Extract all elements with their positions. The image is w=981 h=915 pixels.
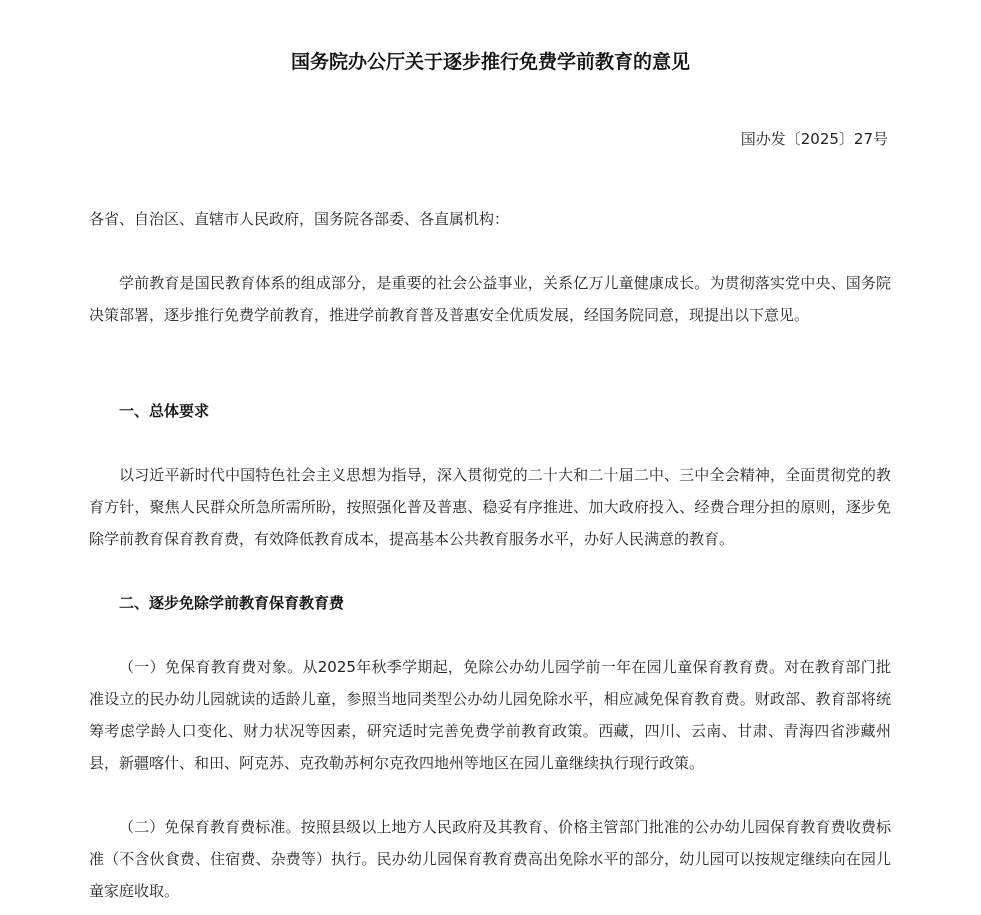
section-heading-1: 一、总体要求 [89,395,891,427]
section-1-paragraph-1: 以习近平新时代中国特色社会主义思想为指导，深入贯彻党的二十大和二十届二中、三中全… [89,459,891,555]
intro-paragraph: 学前教育是国民教育体系的组成部分，是重要的社会公益事业，关系亿万儿童健康成长。为… [89,267,891,331]
section-heading-2: 二、逐步免除学前教育保育教育费 [89,587,891,619]
section-2-paragraph-1: （一）免保育教育费对象。从2025年秋季学期起，免除公办幼儿园学前一年在园儿童保… [89,651,891,779]
document-title: 国务院办公厅关于逐步推行免费学前教育的意见 [0,48,981,76]
document-page: 国务院办公厅关于逐步推行免费学前教育的意见 国办发〔2025〕27号 各省、自治… [0,0,981,915]
section-2-paragraph-2: （二）免保育教育费标准。按照县级以上地方人民政府及其教育、价格主管部门批准的公办… [89,811,891,907]
addressee: 各省、自治区、直辖市人民政府，国务院各部委、各直属机构： [89,203,891,235]
document-number: 国办发〔2025〕27号 [741,127,888,151]
